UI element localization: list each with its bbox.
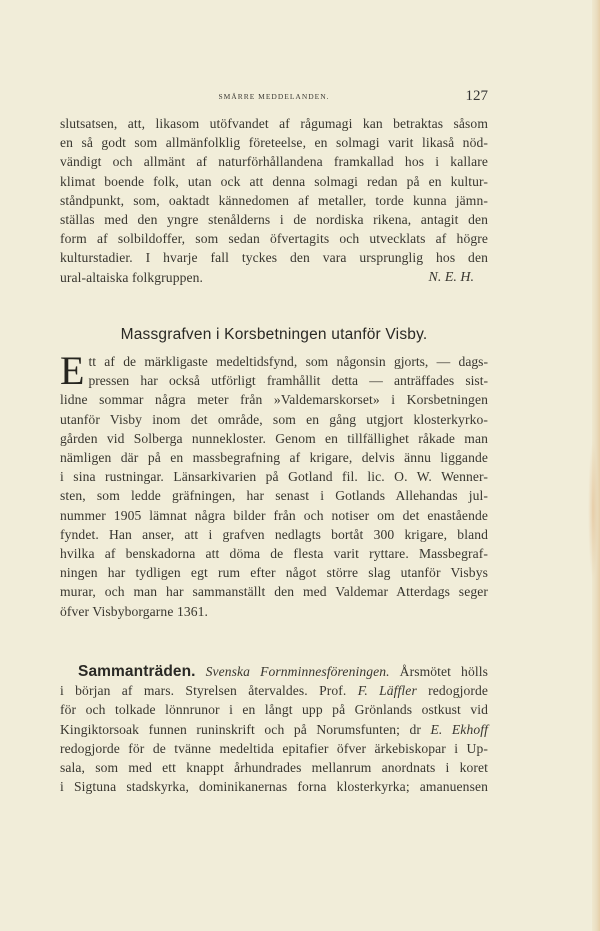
article-title: Massgrafven i Korsbetningen utanför Visb… — [60, 326, 488, 344]
text-line: lidne sommar några meter från »Valdemars… — [60, 390, 488, 409]
society-name: Svenska Fornminnesföreningen. — [206, 664, 390, 679]
text-line: en så godt som allmänfolklig företeelse,… — [60, 133, 488, 152]
text-line: klimat boende folk, utan ock att denna s… — [60, 172, 488, 191]
text-line: ställas med den yngre stenålderns i de n… — [60, 210, 488, 229]
text-line: sala, som med ett knappt århundrades mel… — [60, 758, 488, 777]
text-line: redogjorde för de tvänne medeltida epita… — [60, 739, 488, 758]
text-line: Sammanträden. Svenska Fornminnesförening… — [60, 662, 488, 681]
text-fragment: redogjorde — [428, 683, 488, 698]
text-line: i sina rustningar. Länsarkivarien på Got… — [60, 467, 488, 486]
text-fragment: i början af mars. Styrelsen återvaldes. … — [60, 683, 346, 698]
text-fragment: Årsmötet hölls — [400, 664, 488, 679]
text-line: slutsatsen, att, likasom utöfvandet af r… — [60, 114, 488, 133]
article-body: E tt af de märkligaste medeltidsfynd, so… — [60, 352, 488, 621]
intro-paragraph: slutsatsen, att, likasom utöfvandet af r… — [60, 114, 488, 287]
author-signature: N. E. H. — [60, 270, 488, 286]
text-line: fyndet. Han anser, att i grafven nedlagt… — [60, 525, 488, 544]
text-line: form af solbildoffer, som sedan öfvertag… — [60, 229, 488, 248]
meetings-section: Sammanträden. Svenska Fornminnesförening… — [60, 662, 488, 796]
text-line: sten, som ledde gräfningen, har senast i… — [60, 486, 488, 505]
text-line: nummer 1905 lämnat några bilder från och… — [60, 506, 488, 525]
text-line: pressen har också utförligt framhållit d… — [60, 371, 488, 390]
drop-cap: E — [60, 354, 84, 390]
text-line: gården vid Solberga nunnekloster. Genom … — [60, 429, 488, 448]
text-line: ståndpunkt, som, oaktadt kännedomen af m… — [60, 191, 488, 210]
text-line: ningen har tydligen egt rum efter något … — [60, 563, 488, 582]
page-number: 127 — [466, 88, 489, 105]
text-line: öfver Visbyborgarne 1361. — [60, 602, 488, 621]
person-name: F. Läffler — [358, 683, 417, 698]
paper-stain — [588, 440, 598, 580]
meetings-heading: Sammanträden. — [78, 663, 196, 680]
text-line: utanför Visby inom det område, som en gå… — [60, 410, 488, 429]
text-line: kulturstadier. I hvarje fall tyckes den … — [60, 248, 488, 267]
text-line: nämligen där på en massbegrafning af kri… — [60, 448, 488, 467]
text-line: för och tolkade lönnrunor i en långt upp… — [60, 700, 488, 719]
text-line: hvilka af benskadorna att döma de flesta… — [60, 544, 488, 563]
page-header: SMÄRRE MEDDELANDEN. 127 — [60, 88, 488, 106]
text-line: murar, och man har sammanställt den med … — [60, 582, 488, 601]
text-line: i början af mars. Styrelsen återvaldes. … — [60, 681, 488, 700]
text-line: Kingiktorsoak funnen runinskrift och på … — [60, 720, 488, 739]
text-line: vändigt och allmänt af naturförhållanden… — [60, 152, 488, 171]
text-fragment: Kingiktorsoak funnen runinskrift och på … — [60, 722, 421, 737]
person-name: E. Ekhoff — [431, 722, 489, 737]
text-line: tt af de märkligaste medeltidsfynd, som … — [60, 352, 488, 371]
text-line: i Sigtuna stadskyrka, dominikanernas for… — [60, 777, 488, 796]
running-head: SMÄRRE MEDDELANDEN. — [60, 92, 488, 101]
